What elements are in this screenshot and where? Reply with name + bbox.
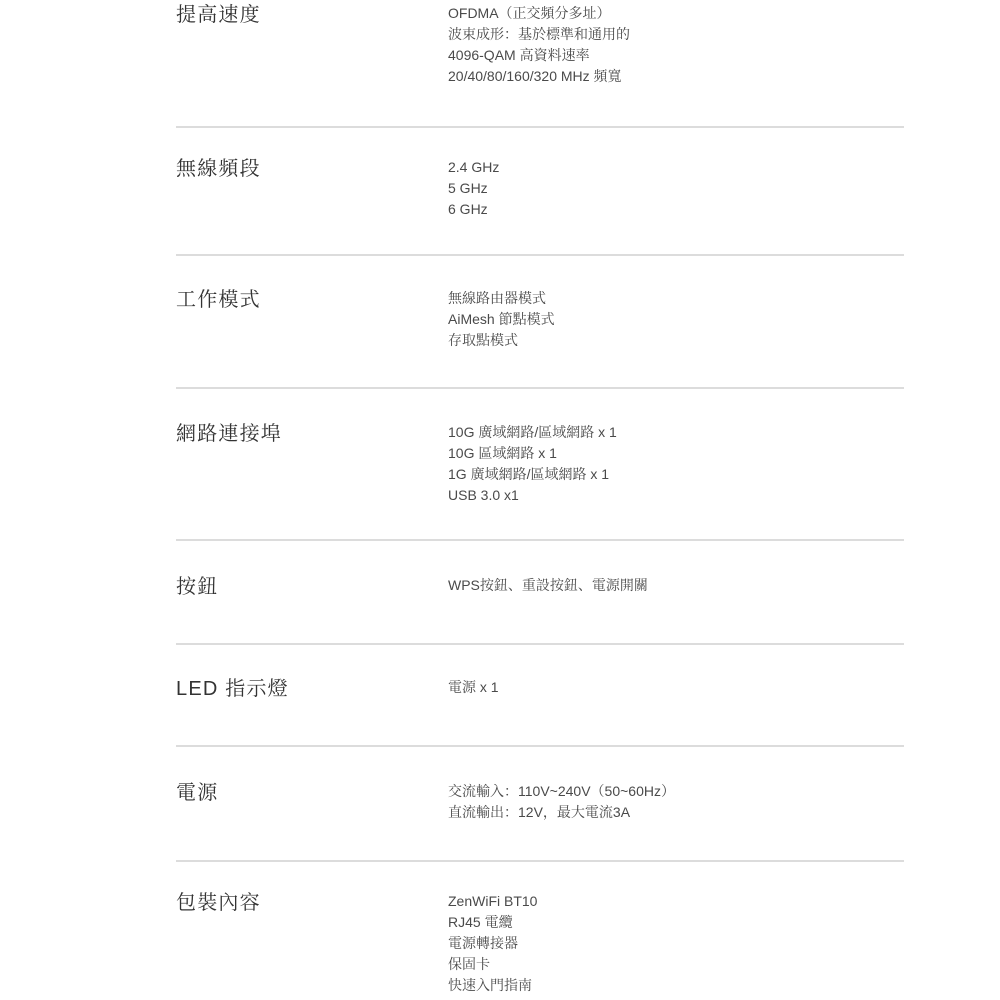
spec-value-line: USB 3.0 x1 [448,485,904,506]
spec-value-line: 1G 廣域網路/區域網路 x 1 [448,464,904,485]
spec-value-line: 電源轉接器 [448,933,904,954]
spec-label-wireless-bands: 無線頻段 [176,157,448,182]
spec-value-line: 存取點模式 [448,330,904,351]
spec-label-power: 電源 [176,781,448,806]
spec-value-line: OFDMA（正交頻分多址） [448,3,904,24]
spec-value-line: 2.4 GHz [448,157,904,178]
spec-values-network-ports: 10G 廣域網路/區域網路 x 1 10G 區域網路 x 1 1G 廣域網路/區… [448,422,904,506]
spec-value-line: 波束成形：基於標準和通用的 [448,24,904,45]
spec-values-power: 交流輸入：110V~240V（50~60Hz） 直流輸出：12V，最大電流3A [448,781,904,823]
spec-value-line: ZenWiFi BT10 [448,891,904,912]
spec-row-wireless-bands: 無線頻段 2.4 GHz 5 GHz 6 GHz [176,128,904,256]
spec-row-led-indicator: LED 指示燈 電源 x 1 [176,645,904,747]
spec-label-speed-boost: 提高速度 [176,3,448,28]
spec-value-line: 20/40/80/160/320 MHz 頻寬 [448,66,904,87]
spec-values-operating-mode: 無線路由器模式 AiMesh 節點模式 存取點模式 [448,288,904,351]
spec-value-line: 6 GHz [448,199,904,220]
spec-row-network-ports: 網路連接埠 10G 廣域網路/區域網路 x 1 10G 區域網路 x 1 1G … [176,389,904,541]
spec-label-buttons: 按鈕 [176,575,448,600]
spec-value-line: AiMesh 節點模式 [448,309,904,330]
spec-row-operating-mode: 工作模式 無線路由器模式 AiMesh 節點模式 存取點模式 [176,256,904,389]
spec-row-buttons: 按鈕 WPS按鈕、重設按鈕、電源開關 [176,541,904,645]
spec-label-network-ports: 網路連接埠 [176,422,448,447]
spec-value-line: 交流輸入：110V~240V（50~60Hz） [448,781,904,802]
spec-value-line: 電源 x 1 [448,677,904,698]
spec-label-operating-mode: 工作模式 [176,288,448,313]
spec-values-buttons: WPS按鈕、重設按鈕、電源開關 [448,575,904,596]
spec-values-led-indicator: 電源 x 1 [448,677,904,698]
spec-value-line: 快速入門指南 [448,975,904,996]
spec-value-line: WPS按鈕、重設按鈕、電源開關 [448,575,904,596]
spec-value-line: RJ45 電纜 [448,912,904,933]
spec-values-wireless-bands: 2.4 GHz 5 GHz 6 GHz [448,157,904,220]
spec-value-line: 保固卡 [448,954,904,975]
spec-value-line: 5 GHz [448,178,904,199]
spec-value-line: 無線路由器模式 [448,288,904,309]
spec-value-line: 10G 廣域網路/區域網路 x 1 [448,422,904,443]
spec-value-line: 直流輸出：12V，最大電流3A [448,802,904,823]
spec-row-speed-boost: 提高速度 OFDMA（正交頻分多址） 波束成形：基於標準和通用的 4096-QA… [176,0,904,128]
spec-values-speed-boost: OFDMA（正交頻分多址） 波束成形：基於標準和通用的 4096-QAM 高資料… [448,3,904,87]
spec-value-line: 4096-QAM 高資料速率 [448,45,904,66]
spec-value-line: 10G 區域網路 x 1 [448,443,904,464]
spec-values-package-contents: ZenWiFi BT10 RJ45 電纜 電源轉接器 保固卡 快速入門指南 [448,891,904,996]
spec-row-package-contents: 包裝內容 ZenWiFi BT10 RJ45 電纜 電源轉接器 保固卡 快速入門… [176,862,904,1000]
spec-row-power: 電源 交流輸入：110V~240V（50~60Hz） 直流輸出：12V，最大電流… [176,747,904,862]
spec-label-package-contents: 包裝內容 [176,891,448,916]
spec-table: 提高速度 OFDMA（正交頻分多址） 波束成形：基於標準和通用的 4096-QA… [176,0,904,1000]
spec-label-led-indicator: LED 指示燈 [176,677,448,702]
